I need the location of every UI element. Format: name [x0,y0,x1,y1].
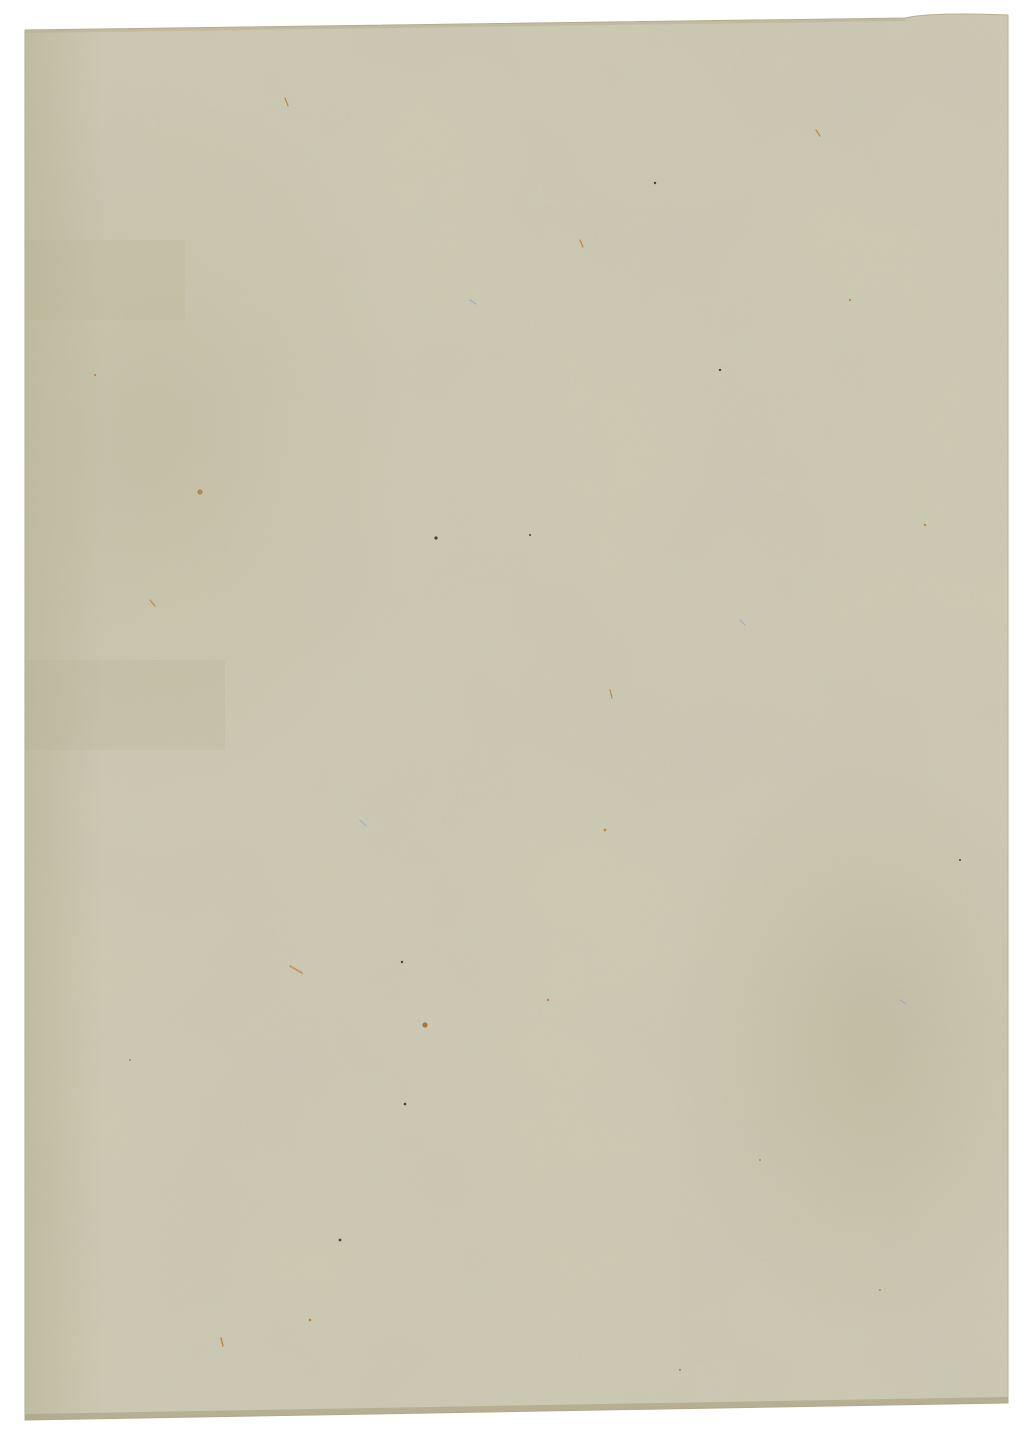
page-canvas [0,0,1021,1452]
paper-sheet [0,0,1021,1452]
